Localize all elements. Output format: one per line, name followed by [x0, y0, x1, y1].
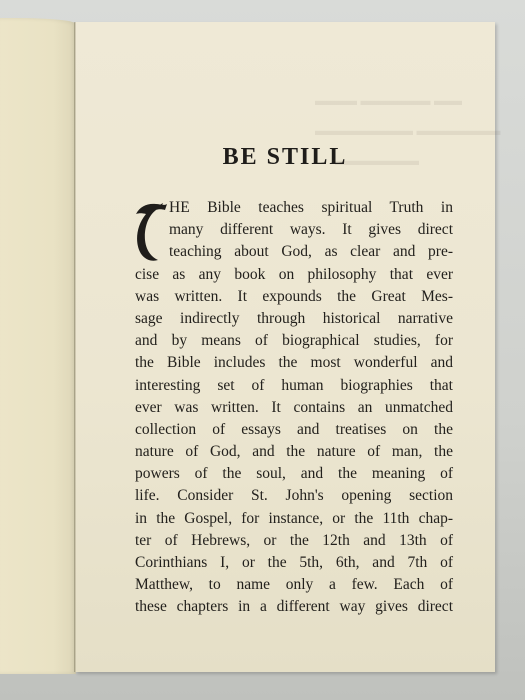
text-line: Corinthians I, or the 5th, 6th, and 7th … — [135, 552, 453, 574]
body-paragraph: HE Bible teaches spiritual Truth in many… — [135, 197, 453, 619]
bleed-through-text: ▬▬▬▬▬▬▬ ▬▬▬▬▬▬ — [315, 124, 501, 140]
text-line: interesting set of human biographies tha… — [135, 375, 453, 397]
text-line: powers of the soul, and the meaning of — [135, 463, 453, 485]
text-line: and by means of biographical studies, fo… — [135, 330, 453, 352]
text-line: was written. It expounds the Great Mes- — [135, 286, 453, 308]
text-line: these chapters in a different way gives … — [135, 596, 453, 618]
drop-cap-t-icon — [134, 200, 168, 264]
text-line: teaching about God, as clear and pre- — [135, 241, 453, 263]
text-line: ter of Hebrews, or the 12th and 13th of — [135, 530, 453, 552]
left-page — [0, 18, 76, 674]
text-line: ever was written. It contains an unmatch… — [135, 397, 453, 419]
text-line: the Bible includes the most wonderful an… — [135, 352, 453, 374]
text-line: collection of essays and treatises on th… — [135, 419, 453, 441]
text-line: nature of God, and the nature of man, th… — [135, 441, 453, 463]
right-page: ▬▬▬ ▬▬▬▬▬ ▬▬ ▬▬▬▬▬▬▬ ▬▬▬▬▬▬ ▬▬▬▬▬▬ BE ST… — [75, 22, 495, 672]
book-spine-gutter — [74, 22, 76, 672]
text-line: Matthew, to name only a few. Each of — [135, 574, 453, 596]
text-line: cise as any book on philosophy that ever — [135, 264, 453, 286]
text-line: life. Consider St. John's opening sectio… — [135, 485, 453, 507]
text-line: many different ways. It gives direct — [135, 219, 453, 241]
bleed-through-text: ▬▬▬ ▬▬▬▬▬ ▬▬ — [315, 94, 462, 110]
text-line: sage indirectly through historical narra… — [135, 308, 453, 330]
page-title: BE STILL — [75, 144, 495, 171]
text-line: HE Bible teaches spiritual Truth in — [135, 197, 453, 219]
text-line: in the Gospel, for instance, or the 11th… — [135, 508, 453, 530]
